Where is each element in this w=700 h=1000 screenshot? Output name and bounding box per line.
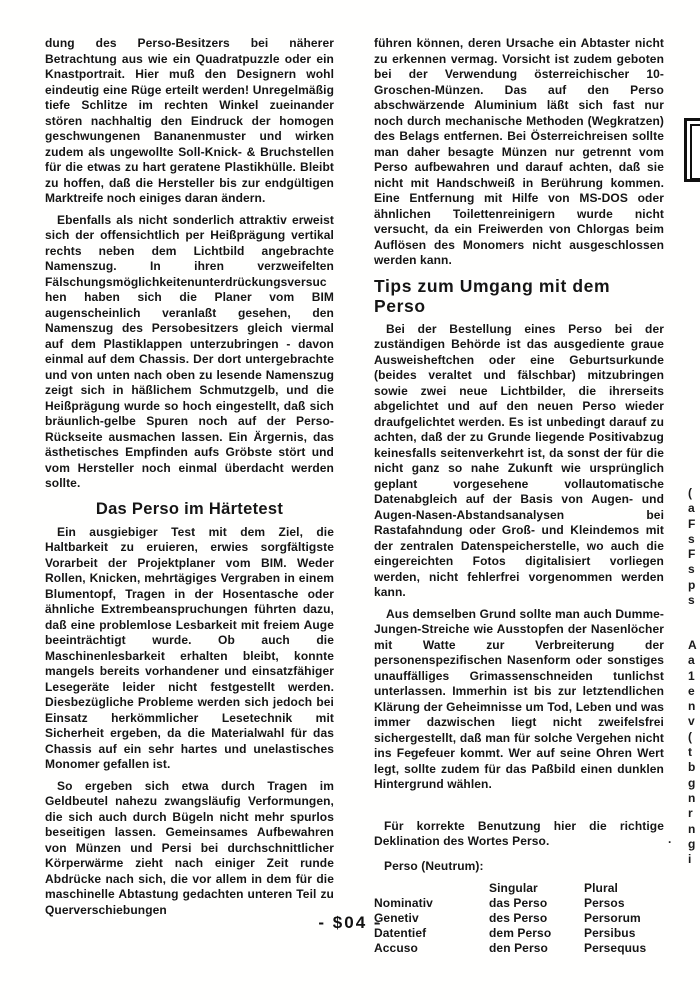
edge-text-fragment-upper: ( a F s F s p s: [688, 486, 700, 608]
paragraph-left-2: Ebenfalls als nicht sonderlich attraktiv…: [45, 213, 334, 492]
declension-label: Perso (Neutrum):: [374, 859, 664, 875]
table-row: Accuso den Perso Persequus: [374, 941, 646, 956]
edge-text-fragment-lower: A a 1 e n v ( t b g n r n g i: [688, 638, 700, 867]
paragraph-left-4: So ergeben sich etwa durch Tragen im Gel…: [45, 779, 334, 919]
page-number: - $04 -: [0, 913, 700, 933]
table-row: Nominativ das Perso Persos: [374, 896, 646, 911]
section-heading-tips: Tips zum Umgang mit dem Perso: [374, 276, 664, 316]
declension-header-plural: Plural: [584, 881, 646, 896]
scan-speck: .: [668, 832, 671, 846]
declension-header-empty: [374, 881, 489, 896]
paragraph-left-1: dung des Perso-Besitzers bei näherer Bet…: [45, 36, 334, 207]
scan-speck: -: [376, 915, 380, 930]
declension-intro: Für korrekte Benutzung hier die richtige…: [374, 819, 664, 850]
left-column: dung des Perso-Besitzers bei näherer Bet…: [45, 36, 334, 918]
scanned-zine-page: dung des Perso-Besitzers bei näherer Bet…: [0, 0, 700, 1000]
section-heading-haertetest: Das Perso im Härtetest: [45, 499, 334, 519]
scan-speck: . .: [410, 744, 419, 756]
declension-header-row: Singular Plural: [374, 881, 646, 896]
adjacent-page-frame: [684, 118, 700, 182]
paragraph-left-3: Ein ausgiebiger Test mit dem Ziel, die H…: [45, 525, 334, 773]
paragraph-right-2: Bei der Bestellung eines Perso bei der z…: [374, 322, 664, 601]
right-column: führen können, deren Ursache ein Abtaste…: [374, 36, 664, 956]
paragraph-right-1: führen können, deren Ursache ein Abtaste…: [374, 36, 664, 269]
declension-header-singular: Singular: [489, 881, 584, 896]
paragraph-right-3: Aus demselben Grund sollte man auch Dumm…: [374, 607, 664, 793]
